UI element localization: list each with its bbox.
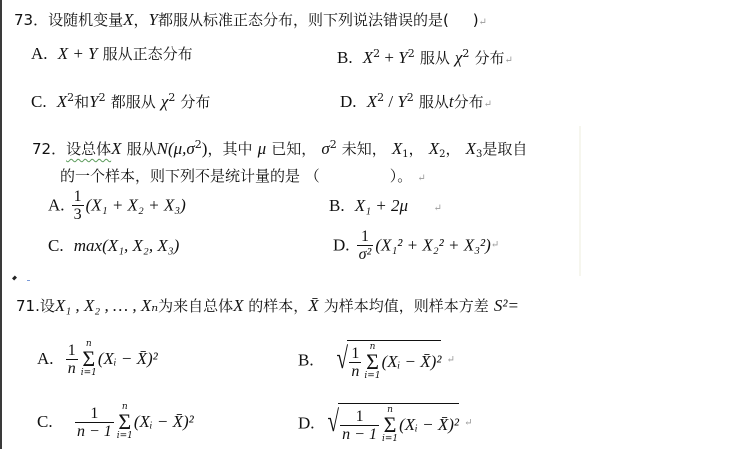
q72-option-a[interactable]: A. 13(X₁ + X₂ + X₃) <box>48 188 186 223</box>
fraction: 1n <box>66 342 78 377</box>
q72-option-c[interactable]: C. max(X₁, X₂, X₃) <box>48 236 179 256</box>
fraction: 13 <box>72 188 84 223</box>
q71-number: 71. <box>16 297 40 315</box>
spellcheck-underline: 设总体 <box>66 140 111 158</box>
q73-stem: 73．设随机变量X，Y都服从标准正态分布，则下列说法错误的是( )↵ <box>14 10 487 33</box>
fraction: 1n − 1 <box>75 405 114 440</box>
q73-option-a[interactable]: A. X + Y 服从正态分布 <box>31 44 193 64</box>
q71-option-c[interactable]: C. 1n − 1nΣi=1(Xᵢ − X̄)² <box>37 403 194 441</box>
stray-mark <box>12 276 17 281</box>
q71-stem: 71.设X₁ , X₂ , … , Xₙ为来自总体X 的样本，X̄ 为样本均值，… <box>16 296 519 316</box>
q71-option-b[interactable]: B. √1nnΣi=1(Xᵢ − X̄)² ↵ <box>298 340 455 381</box>
q73-option-d[interactable]: D. X2 / Y2 服从t分布↵ <box>340 88 492 115</box>
q71-option-d[interactable]: D. √1n − 1nΣi=1(Xᵢ − X̄)² ↵ <box>298 403 472 444</box>
q73-option-c[interactable]: C. X2和Y2 都服从 χ2 分布 <box>31 88 210 112</box>
q72-option-d[interactable]: D. 1σ²(X₁² + X₂² + X₃²)↵ <box>333 228 499 263</box>
stray-mark <box>27 280 30 281</box>
fraction: 1σ² <box>357 228 374 263</box>
square-root-icon: √1n − 1nΣi=1(Xᵢ − X̄)² <box>325 403 459 444</box>
q73-option-b[interactable]: B. X2 + Y2 服从 χ2 分布↵ <box>337 44 513 71</box>
square-root-icon: √1nnΣi=1(Xᵢ − X̄)² <box>334 340 441 381</box>
q72-option-b[interactable]: B. X₁ + 2μ ↵ <box>329 196 442 219</box>
sigma-sum-icon: nΣi=1 <box>81 340 97 378</box>
q72-stem-line2: 的一个样本，则下列不是统计量的是 （）。 ↵ <box>60 166 426 189</box>
sigma-sum-icon: nΣi=1 <box>117 403 133 441</box>
q73-number: 73． <box>14 11 48 29</box>
page-left-border <box>0 0 2 449</box>
q72-number: 72． <box>32 140 66 158</box>
q71-option-a[interactable]: A. 1nnΣi=1(Xᵢ − X̄)² <box>37 340 158 378</box>
q72-stem-line1: 72．设总体X 服从N(μ,σ2)，其中 μ 已知， σ2 未知， X1， X2… <box>32 135 527 165</box>
